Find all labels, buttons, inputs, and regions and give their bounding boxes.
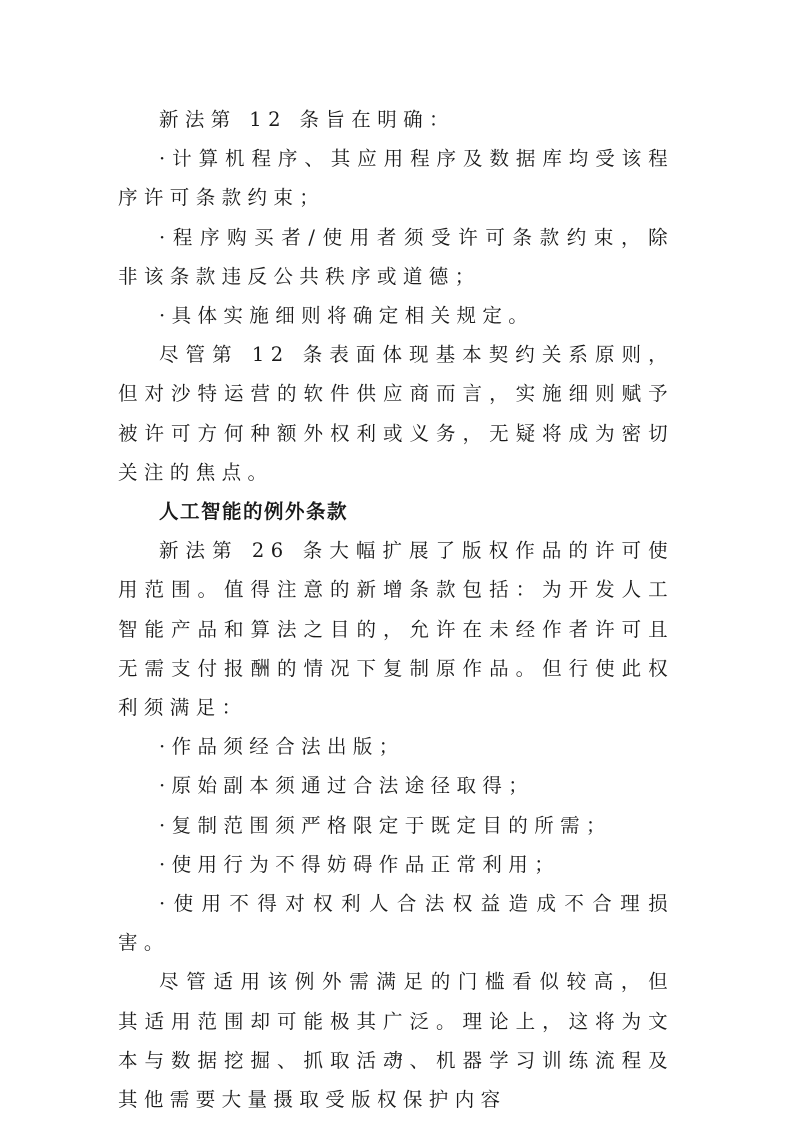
bullet-lawful-copy: ·原始副本须通过合法途径取得； (118, 766, 674, 805)
paragraph-article12-intro: 新法第 12 条旨在明确： (118, 100, 674, 139)
bullet-normal-exploitation: ·使用行为不得妨碍作品正常利用； (118, 845, 674, 884)
document-page: 新法第 12 条旨在明确： ·计算机程序、其应用程序及数据库均受该程序许可条款约… (118, 100, 674, 1119)
section-heading-ai-exception: 人工智能的例外条款 (118, 492, 674, 531)
bullet-purchaser-bound: ·程序购买者/使用者须受许可条款约束，除非该条款违反公共秩序或道德； (118, 218, 674, 296)
bullet-programs-bound: ·计算机程序、其应用程序及数据库均受该程序许可条款约束； (118, 139, 674, 217)
bullet-lawfully-published: ·作品须经合法出版； (118, 727, 674, 766)
page-number: 52 (0, 1052, 793, 1063)
paragraph-article12-analysis: 尽管第 12 条表面体现基本契约关系原则，但对沙特运营的软件供应商而言，实施细则… (118, 335, 674, 492)
bullet-no-unreasonable-prejudice: ·使用不得对权利人合法权益造成不合理损害。 (118, 884, 674, 962)
paragraph-article26-intro: 新法第 26 条大幅扩展了版权作品的许可使用范围。值得注意的新增条款包括：为开发… (118, 531, 674, 727)
paragraph-exception-scope: 尽管适用该例外需满足的门槛看似较高，但其适用范围却可能极其广泛。理论上，这将为文… (118, 962, 674, 1119)
bullet-implementing-rules: ·具体实施细则将确定相关规定。 (118, 296, 674, 335)
bullet-limited-scope: ·复制范围须严格限定于既定目的所需； (118, 806, 674, 845)
